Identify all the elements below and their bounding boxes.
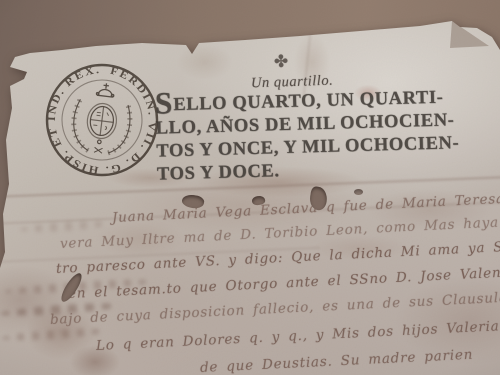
document-photo: FERDIN. VII. D. G. HISP. ET IND. REX. bbox=[0, 0, 500, 375]
photo-vignette bbox=[0, 0, 500, 375]
